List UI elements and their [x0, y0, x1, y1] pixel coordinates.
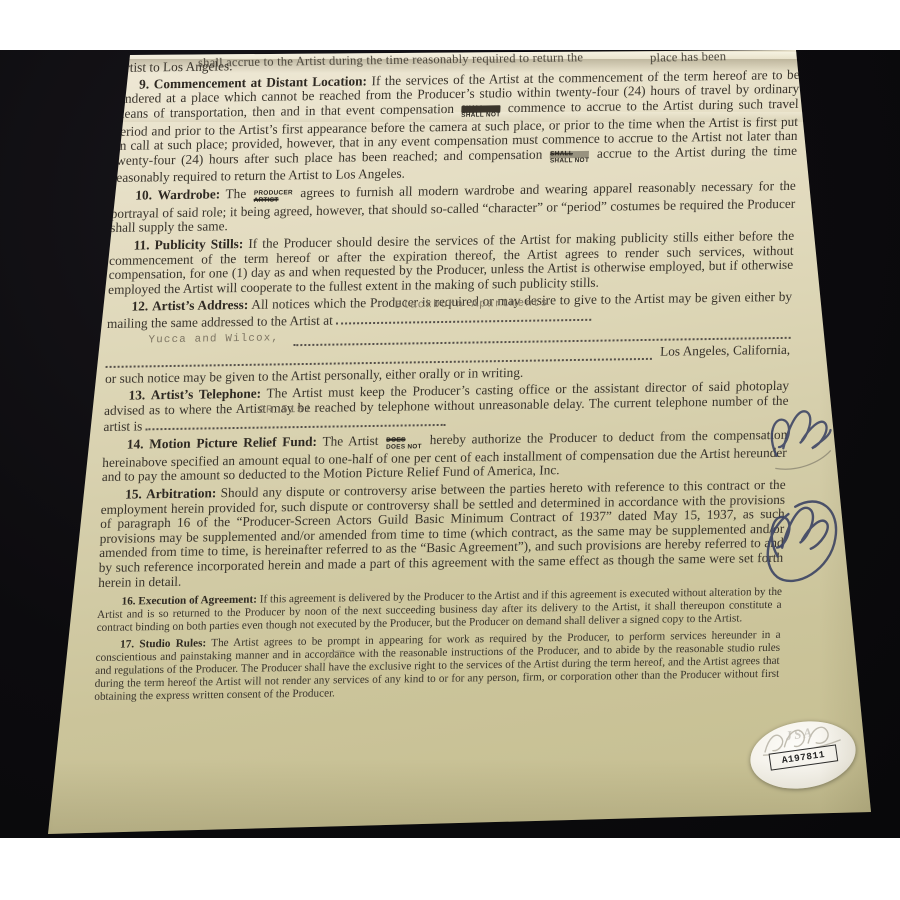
typed-phone-number: GR 5151 [234, 403, 312, 419]
typed-address-line-2: Yucca and Wilcox, [148, 332, 279, 349]
clause-9: 9. Commencement at Distant Location: If … [112, 67, 800, 186]
clause-text: The [225, 186, 246, 201]
clause-title: Studio Rules: [139, 638, 206, 651]
clause-number: 14. [127, 436, 144, 451]
clause-number: 12. [131, 299, 148, 314]
clause-number: 9. [139, 76, 150, 91]
photo-background: shall accrue to the Artist during the ti… [0, 50, 900, 838]
clause-10: 10. Wardrobe: The PRODUCER ARTIST agrees… [110, 179, 796, 236]
clause-number: 17. [120, 639, 134, 651]
clause-16: 16. Execution of Agreement: If this agre… [96, 586, 782, 635]
clause-14: 14. Motion Picture Relief Fund: The Arti… [102, 428, 788, 485]
stamp-option: SHALL NOT [550, 158, 589, 165]
rubber-stamp: SHALL SHALL NOT [550, 151, 590, 165]
clause-title: Wardrobe: [157, 186, 220, 202]
typed-address-line-1: Blackburn Apartments [370, 296, 548, 313]
clause-11: 11. Publicity Stills: If the Producer sh… [108, 229, 794, 298]
clause-text: The Artist [322, 433, 378, 449]
contract-paper: shall accrue to the Artist during the ti… [0, 50, 900, 838]
clause-number: 16. [121, 595, 135, 607]
clause-title: Execution of Agreement: [138, 594, 257, 608]
clause-title: Motion Picture Relief Fund: [149, 434, 317, 451]
clause-title: Artist’s Address: [152, 297, 249, 313]
clause-number: 15. [125, 486, 142, 501]
clause-15: 15. Arbitration: Should any dispute or c… [98, 478, 786, 590]
clause-number: 11. [133, 237, 149, 252]
clause-number: 10. [135, 187, 152, 202]
dotted-leader-line: Blackburn Apartments [336, 308, 592, 325]
clause-title: Arbitration: [146, 485, 217, 501]
jsa-authentication-sticker: JSA A197811 [745, 714, 860, 796]
clause-number: 13. [128, 388, 145, 403]
contract-text-block: Artist to Los Angeles. 9. Commencement a… [94, 51, 800, 707]
clause-17: 17. Studio Rules: The Artist agrees to b… [94, 629, 781, 703]
clause-13: 13. Artist’s Telephone: The Artist must … [103, 379, 789, 435]
clause-text: If this agreement is delivered by the Pr… [96, 586, 782, 634]
printed-city-text: Los Angeles, California, [660, 343, 791, 360]
